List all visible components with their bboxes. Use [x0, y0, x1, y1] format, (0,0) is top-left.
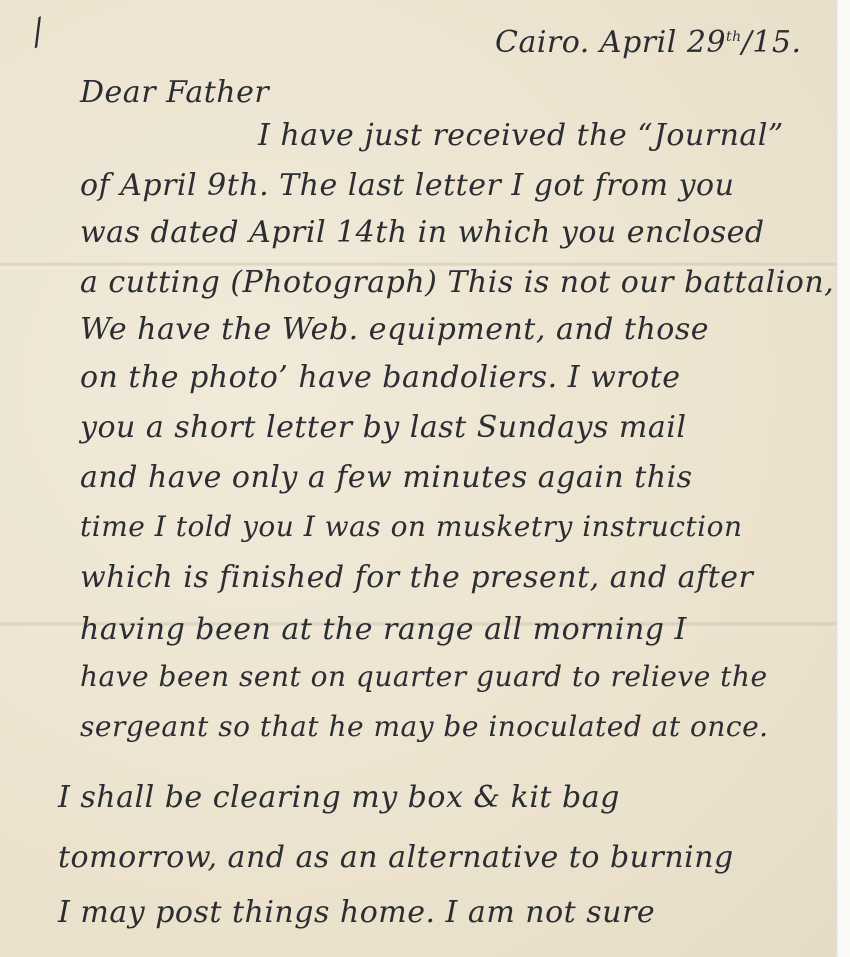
letter-line: tomorrow, and as an alternative to burni…: [58, 840, 734, 875]
page-mark: /: [26, 11, 51, 53]
letter-line: a cutting (Photograph) This is not our b…: [80, 265, 834, 300]
date-month: April: [600, 25, 677, 60]
letter-line: you a short letter by last Sundays mail: [80, 410, 686, 445]
letter-line: on the photo’ have bandoliers. I wrote: [80, 360, 681, 395]
letter-line: We have the Web. equipment, and those: [80, 312, 709, 347]
letter-line: I shall be clearing my box & kit bag: [58, 780, 620, 815]
letter-line: and have only a few minutes again this: [80, 460, 693, 495]
letter-line: which is finished for the present, and a…: [80, 560, 753, 595]
location: Cairo.: [495, 25, 590, 60]
date-year: /15.: [742, 25, 802, 60]
letter-line: I have just received the “Journal”: [258, 118, 784, 153]
date-day: 29: [687, 25, 726, 60]
letter-line: sergeant so that he may be inoculated at…: [80, 710, 769, 743]
letter-line: having been at the range all morning I: [80, 612, 687, 647]
date-day-suffix: th: [726, 29, 742, 45]
letter-line: I may post things home. I am not sure: [58, 895, 655, 930]
letter-line: was dated April 14th in which you enclos…: [80, 215, 765, 250]
letter-line: have been sent on quarter guard to relie…: [80, 660, 768, 693]
letter-line: time I told you I was on musketry instru…: [80, 510, 743, 543]
letter-line: of April 9th. The last letter I got from…: [80, 168, 734, 203]
letter-date: Cairo. April 29th/15.: [495, 25, 802, 60]
salutation: Dear Father: [80, 75, 269, 110]
letter-page: / Cairo. April 29th/15. Dear Father I ha…: [0, 0, 836, 957]
